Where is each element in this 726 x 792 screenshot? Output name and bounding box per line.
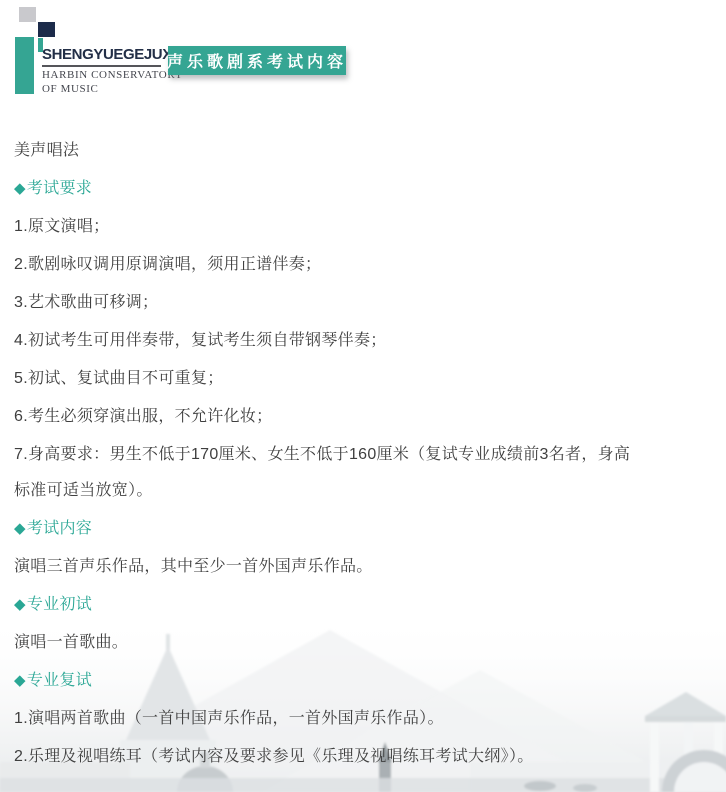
list-item: 6.考生必须穿演出服，不允许化妆；: [14, 399, 706, 435]
diamond-icon: ◆: [14, 180, 26, 197]
page-title: 美声唱法: [14, 133, 706, 169]
section-heading-label: 专业初试: [27, 596, 92, 613]
list-item: 演唱三首声乐作品，其中至少一首外国声乐作品。: [14, 549, 706, 585]
section-heading-label: 考试内容: [27, 520, 92, 537]
diamond-icon: ◆: [14, 520, 26, 537]
section-heading-label: 专业复试: [27, 672, 92, 689]
section-heading-exam-requirements: ◆考试要求: [14, 171, 706, 207]
section-heading-preliminary-exam: ◆专业初试: [14, 587, 706, 623]
diamond-icon: ◆: [14, 672, 26, 689]
list-item: 1.原文演唱；: [14, 209, 706, 245]
document-body: 美声唱法 ◆考试要求 1.原文演唱； 2.歌剧咏叹调用原调演唱，须用正谱伴奏； …: [0, 133, 726, 775]
section-heading-final-exam: ◆专业复试: [14, 663, 706, 699]
logo-gray-square: [19, 7, 36, 22]
page: SHENGYUEGEJUXI HARBIN CONSERVATORY OF MU…: [0, 0, 726, 792]
header: SHENGYUEGEJUXI HARBIN CONSERVATORY OF MU…: [0, 0, 726, 108]
list-item: 3.艺术歌曲可移调；: [14, 285, 706, 321]
list-item: 演唱一首歌曲。: [14, 625, 706, 661]
logo-org-line2: OF MUSIC: [42, 83, 172, 95]
logo: SHENGYUEGEJUXI HARBIN CONSERVATORY OF MU…: [42, 46, 172, 95]
section-heading-exam-content: ◆考试内容: [14, 511, 706, 547]
list-item: 2.歌剧咏叹调用原调演唱，须用正谱伴奏；: [14, 247, 706, 283]
diamond-icon: ◆: [14, 596, 26, 613]
logo-divider: [42, 65, 161, 67]
logo-org-line1: HARBIN CONSERVATORY: [42, 69, 172, 81]
list-item: 7.身高要求：男生不低于170厘米、女生不低于160厘米（复试专业成绩前3名者，…: [14, 437, 644, 509]
list-item: 2.乐理及视唱练耳（考试内容及要求参见《乐理及视唱练耳考试大纲》）。: [14, 739, 706, 775]
logo-teal-bar: [15, 37, 34, 94]
department-banner: 声乐歌剧系考试内容: [168, 46, 346, 75]
list-item: 4.初试考生可用伴奏带，复试考生须自带钢琴伴奏；: [14, 323, 706, 359]
list-item: 1.演唱两首歌曲（一首中国声乐作品，一首外国声乐作品）。: [14, 701, 706, 737]
logo-name: SHENGYUEGEJUXI: [42, 46, 172, 63]
list-item: 5.初试、复试曲目不可重复；: [14, 361, 706, 397]
logo-navy-square: [38, 22, 55, 37]
section-heading-label: 考试要求: [27, 180, 92, 197]
